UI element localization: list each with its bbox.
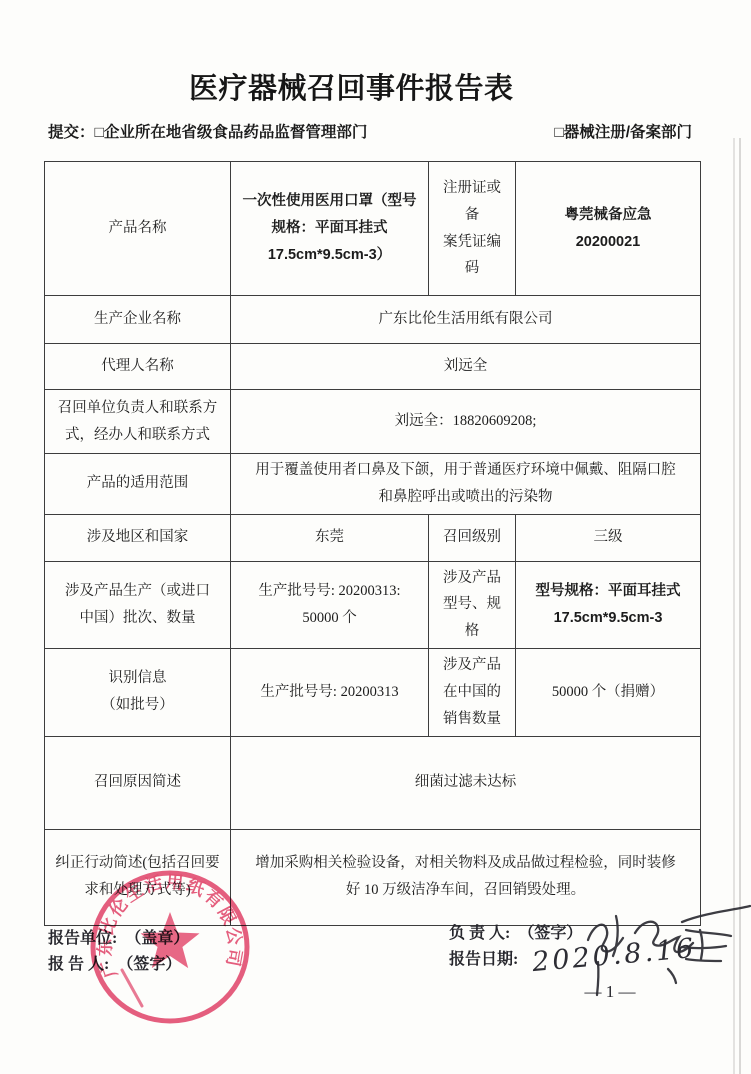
sales-qty-label: 涉及产品 在中国的 销售数量 <box>429 649 516 736</box>
batch-qty-label: 涉及产品生产（或进口 中国）批次、数量 <box>45 561 231 648</box>
table-row: 产品的适用范围 用于覆盖使用者口鼻及下颌，用于普通医疗环境中佩戴、阻隔口腔 和鼻… <box>45 454 701 515</box>
registration-code-value: 粤莞械备应急 20200021 <box>516 162 701 296</box>
stray-comma-mark <box>668 969 676 983</box>
recall-contact-label: 召回单位负责人和联系方 式，经办人和联系方式 <box>45 390 231 454</box>
submit-line: 提交：□企业所在地省级食品药品监督管理部门 □器械注册/备案部门 <box>48 120 692 142</box>
recall-report-table: 产品名称 一次性使用医用口罩（型号 规格：平面耳挂式 17.5cm*9.5cm-… <box>44 161 701 926</box>
stray-pen-stroke <box>597 962 598 995</box>
registration-code-label: 注册证或备 案凭证编码 <box>429 162 516 296</box>
recall-level-value: 三级 <box>516 514 701 561</box>
table-row: 生产企业名称 广东比伦生活用纸有限公司 <box>45 296 701 344</box>
product-name-label: 产品名称 <box>45 162 231 296</box>
scanned-report-page: 医疗器械召回事件报告表 提交：□企业所在地省级食品药品监督管理部门 □器械注册/… <box>0 0 751 1074</box>
sales-qty-value: 50000 个（捐赠） <box>516 649 701 736</box>
seal-smudge-stroke <box>122 970 142 1006</box>
page-title: 医疗器械召回事件报告表 <box>189 66 514 107</box>
manufacturer-value: 广东比伦生活用纸有限公司 <box>231 296 701 344</box>
submit-option-province: 提交：□企业所在地省级食品药品监督管理部门 <box>48 120 367 142</box>
manufacturer-label: 生产企业名称 <box>45 296 231 344</box>
table-row: 识别信息 （如批号） 生产批号号: 20200313 涉及产品 在中国的 销售数… <box>45 649 701 736</box>
table-row: 召回原因简述 细菌过滤未达标 <box>45 736 701 829</box>
agent-label: 代理人名称 <box>45 344 231 390</box>
recall-reason-label: 召回原因简述 <box>45 736 231 829</box>
agent-value: 刘远全 <box>231 344 701 390</box>
table-row: 召回单位负责人和联系方 式，经办人和联系方式 刘远全：18820609208; <box>45 390 701 454</box>
model-spec-label: 涉及产品 型号、规 格 <box>429 561 516 648</box>
region-value: 东莞 <box>231 514 429 561</box>
table-row: 涉及产品生产（或进口 中国）批次、数量 生产批号号: 20200313: 500… <box>45 561 701 648</box>
scope-label: 产品的适用范围 <box>45 454 231 515</box>
model-spec-value: 型号规格：平面耳挂式 17.5cm*9.5cm-3 <box>516 561 701 648</box>
handwritten-signature <box>430 900 751 1030</box>
id-info-label: 识别信息 （如批号） <box>45 649 231 736</box>
star-icon <box>141 912 200 968</box>
table-row: 代理人名称 刘远全 <box>45 344 701 390</box>
batch-qty-value: 生产批号号: 20200313: 50000 个 <box>231 561 429 648</box>
recall-level-label: 召回级别 <box>429 514 516 561</box>
submit-option-registration: □器械注册/备案部门 <box>554 120 692 142</box>
region-label: 涉及地区和国家 <box>45 514 231 561</box>
table-row: 产品名称 一次性使用医用口罩（型号 规格：平面耳挂式 17.5cm*9.5cm-… <box>45 162 701 296</box>
recall-contact-value: 刘远全：18820609208; <box>231 390 701 454</box>
scope-value: 用于覆盖使用者口鼻及下颌，用于普通医疗环境中佩戴、阻隔口腔 和鼻腔呼出或喷出的污… <box>231 454 701 515</box>
company-seal: 广东比伦生活用纸有限公司 <box>58 852 278 1052</box>
table-row: 涉及地区和国家 东莞 召回级别 三级 <box>45 514 701 561</box>
signature-stroke <box>682 906 750 922</box>
id-info-value: 生产批号号: 20200313 <box>231 649 429 736</box>
recall-reason-value: 细菌过滤未达标 <box>231 736 701 829</box>
product-name-value: 一次性使用医用口罩（型号 规格：平面耳挂式 17.5cm*9.5cm-3） <box>231 162 429 296</box>
